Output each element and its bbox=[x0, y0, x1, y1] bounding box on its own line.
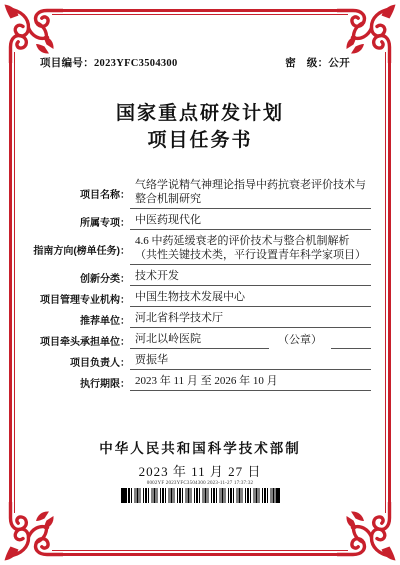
field-label: 所属专项： bbox=[30, 214, 130, 229]
field-value: 气络学说精气神理论指导中药抗衰老评价技术与整合机制研究 bbox=[130, 178, 371, 209]
field-row-project-name: 项目名称： 气络学说精气神理论指导中药抗衰老评价技术与整合机制研究 bbox=[30, 178, 371, 209]
field-label: 项目负责人： bbox=[30, 354, 130, 369]
field-value: 中国生物技术发展中心 bbox=[130, 290, 371, 307]
field-value: 贾振华 bbox=[130, 353, 371, 370]
field-label: 创新分类： bbox=[30, 270, 130, 285]
border-line-top-outer bbox=[52, 9, 348, 12]
border-line-bottom-outer bbox=[52, 553, 348, 556]
secrecy-value: 公开 bbox=[328, 57, 350, 69]
issue-date: 2023 年 11 月 27 日 bbox=[0, 461, 400, 480]
field-value: 2023 年 11 月 至 2026 年 10 月 bbox=[130, 374, 371, 391]
field-label: 项目牵头承担单位： bbox=[30, 333, 130, 348]
field-row-project-leader: 项目负责人： 贾振华 bbox=[30, 353, 371, 370]
field-label: 指南方向(榜单任务)： bbox=[30, 242, 130, 257]
project-info-form: 项目名称： 气络学说精气神理论指导中药抗衰老评价技术与整合机制研究 所属专项： … bbox=[30, 178, 371, 395]
field-label: 推荐单位： bbox=[30, 312, 130, 327]
border-line-top-inner bbox=[52, 14, 348, 15]
field-row-innovation-type: 创新分类： 技术开发 bbox=[30, 269, 371, 286]
barcode bbox=[121, 488, 280, 503]
seal-note: （公章） bbox=[269, 333, 331, 349]
corner-ornament-icon bbox=[3, 502, 63, 562]
field-row-recommending-unit: 推荐单位： 河北省科学技术厅 bbox=[30, 311, 371, 328]
corner-ornament-icon bbox=[337, 3, 397, 63]
doc-title-line2: 项目任务书 bbox=[0, 127, 400, 154]
corner-ornament-icon bbox=[3, 3, 63, 63]
signature-line bbox=[331, 332, 371, 349]
project-number: 项目编号：2023YFC3504300 bbox=[40, 55, 178, 70]
field-value: 河北省科学技术厅 bbox=[130, 311, 371, 328]
field-value: 河北以岭医院 bbox=[130, 332, 269, 349]
field-label: 项目名称： bbox=[30, 186, 130, 201]
project-number-value: 2023YFC3504300 bbox=[94, 58, 178, 69]
secrecy-label: 密 级： bbox=[285, 57, 328, 69]
field-label: 项目管理专业机构： bbox=[30, 291, 130, 306]
field-value: 4.6 中药延缓衰老的评价技术与整合机制解析（共性关键技术类，平行设置青年科学家… bbox=[130, 234, 371, 265]
field-row-execution-period: 执行期限： 2023 年 11 月 至 2026 年 10 月 bbox=[30, 374, 371, 391]
secrecy-level: 密 级：公开 bbox=[285, 55, 350, 70]
document-page: 项目编号：2023YFC3504300 密 级：公开 国家重点研发计划 项目任务… bbox=[0, 0, 400, 565]
corner-ornament-icon bbox=[337, 502, 397, 562]
field-label: 执行期限： bbox=[30, 375, 130, 390]
document-title: 国家重点研发计划 项目任务书 bbox=[0, 100, 400, 154]
field-value: 中医药现代化 bbox=[130, 213, 371, 230]
border-line-bottom-inner bbox=[52, 550, 348, 551]
header-row: 项目编号：2023YFC3504300 密 级：公开 bbox=[40, 55, 350, 70]
project-number-label: 项目编号： bbox=[40, 57, 94, 69]
field-row-management-agency: 项目管理专业机构： 中国生物技术发展中心 bbox=[30, 290, 371, 307]
barcode-block: 0002YF 2023YFC3504300 2023-11-27 17:37:3… bbox=[0, 481, 400, 503]
field-value: 技术开发 bbox=[130, 269, 371, 286]
doc-title-line1: 国家重点研发计划 bbox=[0, 100, 400, 127]
field-row-lead-unit: 项目牵头承担单位： 河北以岭医院 （公章） bbox=[30, 332, 371, 349]
issuer-line: 中华人民共和国科学技术部制 bbox=[0, 437, 400, 457]
field-row-guide-direction: 指南方向(榜单任务)： 4.6 中药延缓衰老的评价技术与整合机制解析（共性关键技… bbox=[30, 234, 371, 265]
barcode-text: 0002YF 2023YFC3504300 2023-11-27 17:37:3… bbox=[0, 481, 400, 487]
field-row-special-program: 所属专项： 中医药现代化 bbox=[30, 213, 371, 230]
